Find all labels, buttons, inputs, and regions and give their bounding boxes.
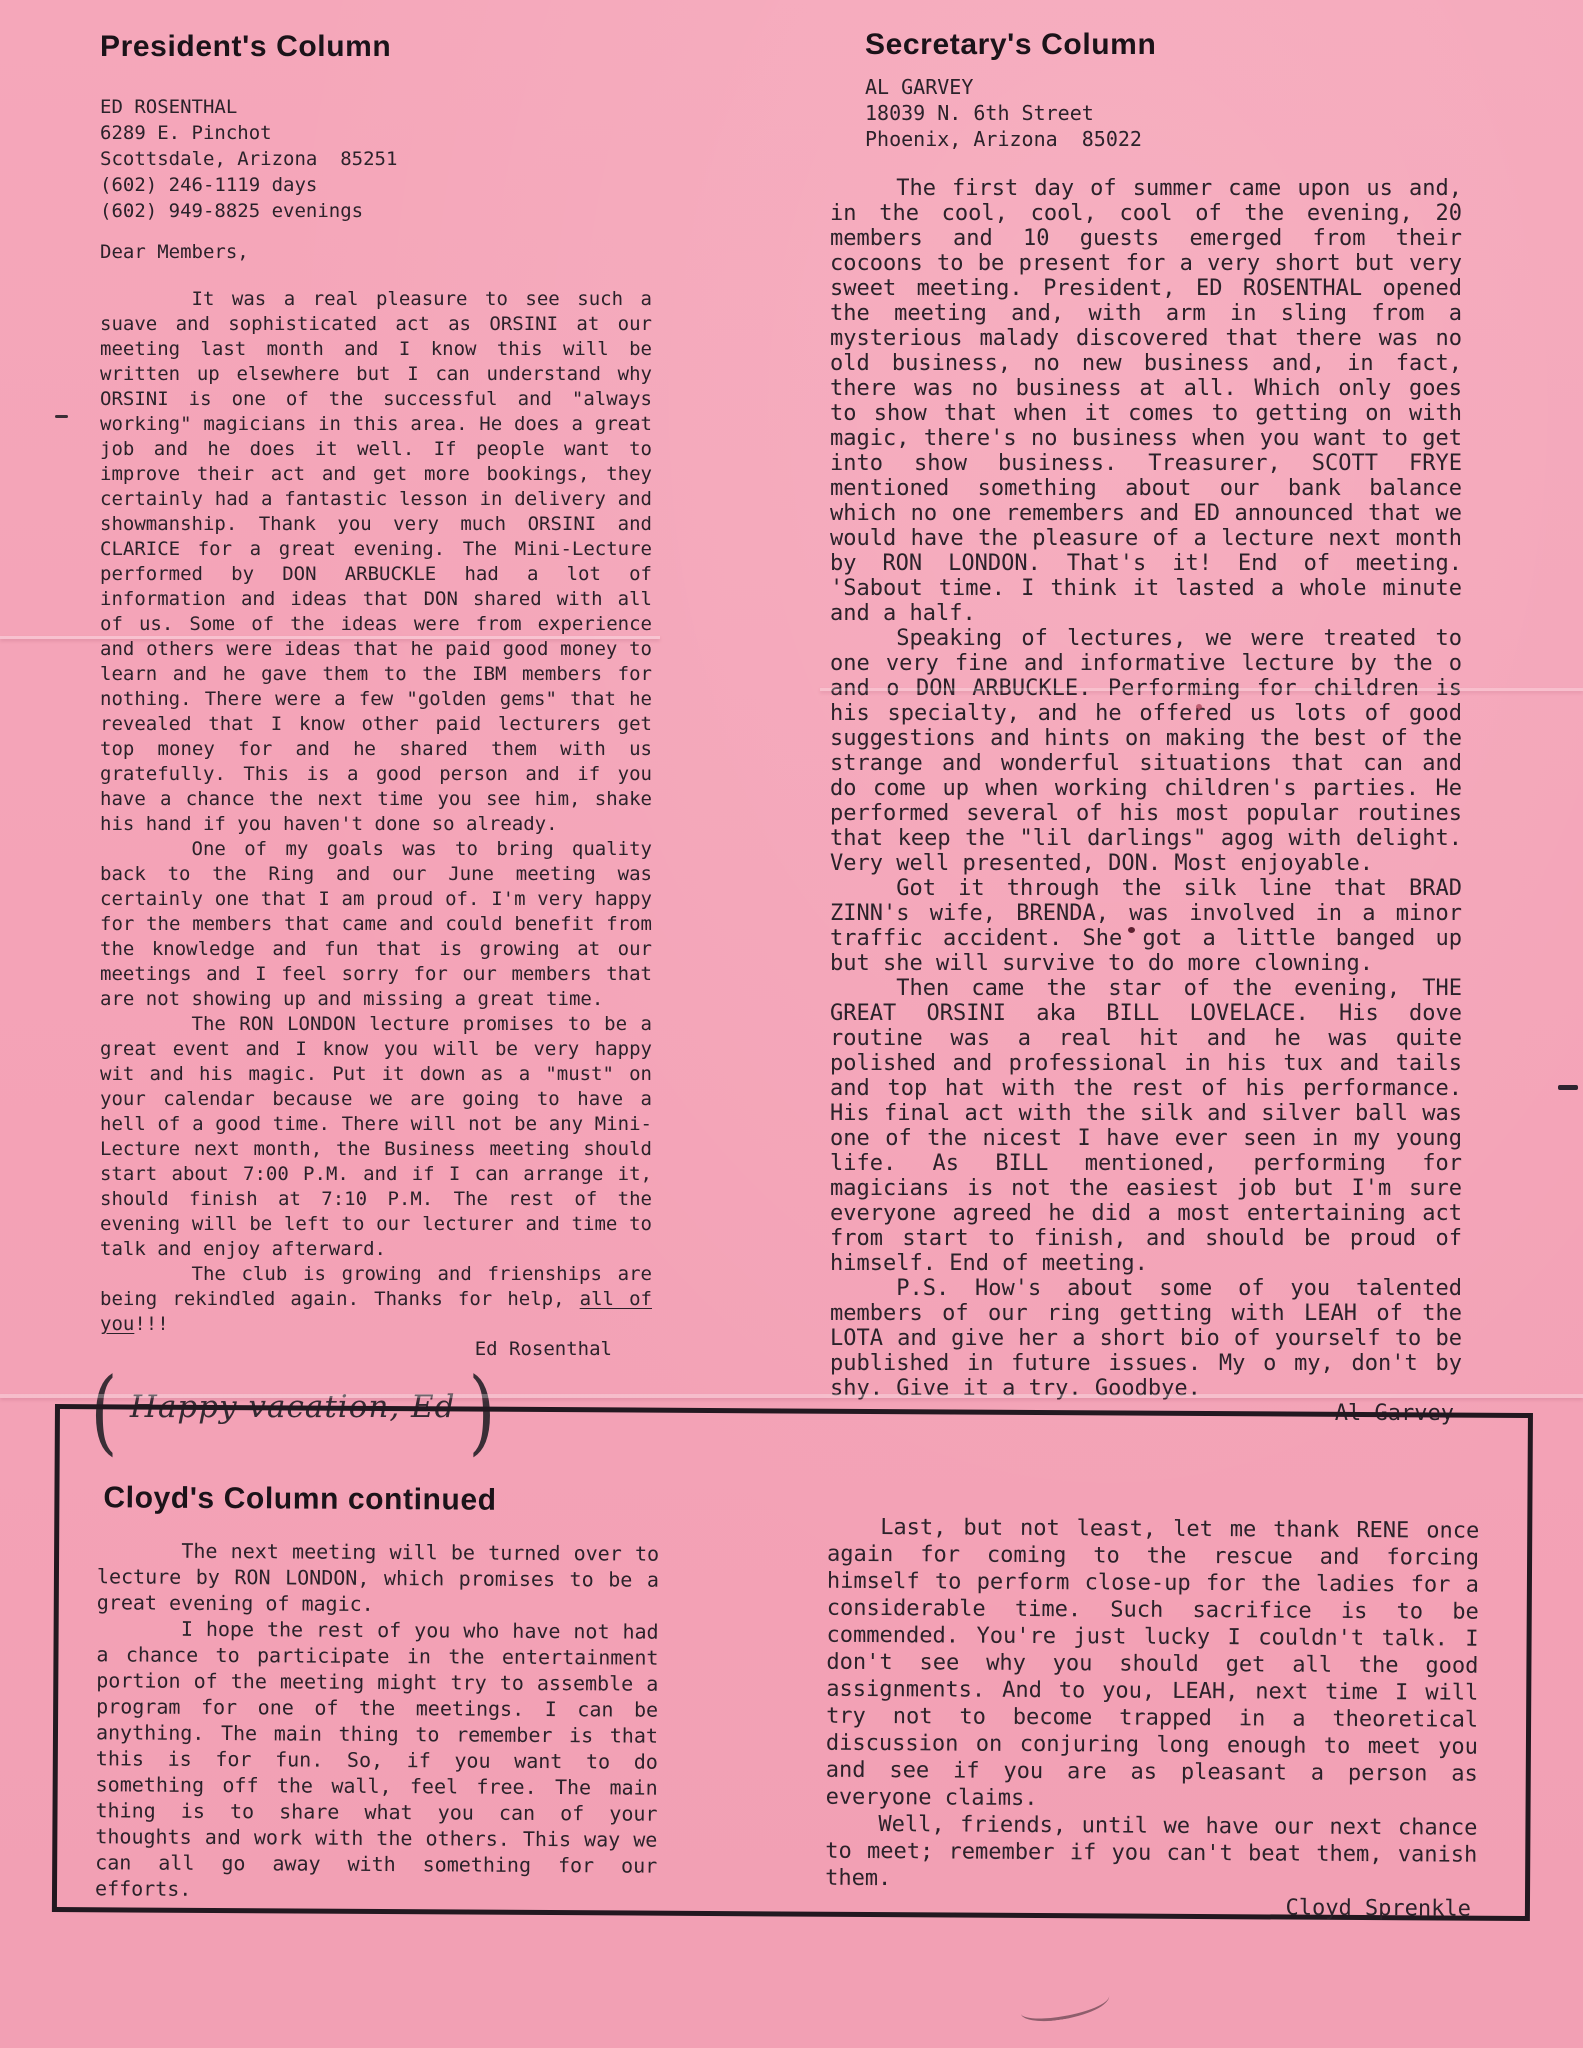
ink-speck — [1196, 704, 1202, 710]
address-line: AL GARVEY — [865, 74, 1462, 100]
paragraph: The first day of summer came upon us and… — [830, 176, 1462, 626]
paper-crease — [0, 636, 660, 639]
salutation: Dear Members, — [100, 240, 652, 265]
address-line: ED ROSENTHAL — [100, 94, 652, 120]
paragraph: Got it through the silk line that BRAD Z… — [830, 876, 1462, 976]
secretarys-column: Secretary's Column AL GARVEY 18039 N. 6t… — [830, 28, 1462, 1426]
paragraph: One of my goals was to bring quality bac… — [100, 837, 652, 1012]
paragraph: The RON LONDON lecture promises to be a … — [100, 1012, 652, 1262]
paragraph: I hope the rest of you who have not had … — [95, 1615, 659, 1904]
address-line: Phoenix, Arizona 85022 — [865, 126, 1462, 152]
closing-paragraph: The club is growing and frienships are b… — [100, 1262, 652, 1337]
presidents-column-title: President's Column — [100, 30, 652, 64]
closing-text: The club is growing and frienships are b… — [100, 1263, 652, 1310]
paragraph: Speaking of lectures, we were treated to… — [830, 626, 1462, 876]
address-line: (602) 949-8825 evenings — [100, 198, 652, 224]
ink-speck — [55, 415, 68, 418]
presidents-column: President's Column ED ROSENTHAL 6289 E. … — [100, 30, 652, 1460]
paragraph: P.S. How's about some of you talented me… — [830, 1276, 1462, 1401]
ink-speck — [1128, 927, 1135, 933]
president-address-block: ED ROSENTHAL 6289 E. Pinchot Scottsdale,… — [100, 94, 652, 224]
cloyds-column-box: Cloyd's Column continued The next meetin… — [52, 1404, 1533, 1921]
paper-fold-crease — [0, 1394, 1583, 1398]
address-line: (602) 246-1119 days — [100, 172, 652, 198]
cloyd-signature: Cloyd Sprenkle — [825, 1892, 1477, 1923]
paragraph: Then came the star of the evening, THE G… — [830, 976, 1462, 1276]
newsletter-page: President's Column ED ROSENTHAL 6289 E. … — [0, 0, 1583, 2048]
secretary-address-block: AL GARVEY 18039 N. 6th Street Phoenix, A… — [865, 74, 1462, 152]
paragraph: The next meeting will be turned over to … — [97, 1537, 659, 1618]
box-left-column: The next meeting will be turned over to … — [95, 1537, 659, 1904]
paragraph: It was a real pleasure to see such a sua… — [100, 287, 652, 837]
president-signature: Ed Rosenthal — [100, 1337, 652, 1362]
secretarys-column-title: Secretary's Column — [865, 28, 1462, 62]
closing-exclamation: !!! — [134, 1313, 168, 1335]
paragraph: Well, friends, until we have our next ch… — [825, 1811, 1477, 1896]
pen-stroke-mark — [1018, 1984, 1111, 2025]
box-right-column: Last, but not least, let me thank RENE o… — [825, 1514, 1479, 1923]
address-line: 18039 N. 6th Street — [865, 100, 1462, 126]
ink-speck — [1558, 1085, 1578, 1090]
cloyds-column-title: Cloyd's Column continued — [103, 1481, 496, 1517]
paragraph: Last, but not least, let me thank RENE o… — [826, 1514, 1480, 1815]
address-line: 6289 E. Pinchot — [100, 120, 652, 146]
address-line: Scottsdale, Arizona 85251 — [100, 146, 652, 172]
paper-crease — [820, 688, 1583, 691]
